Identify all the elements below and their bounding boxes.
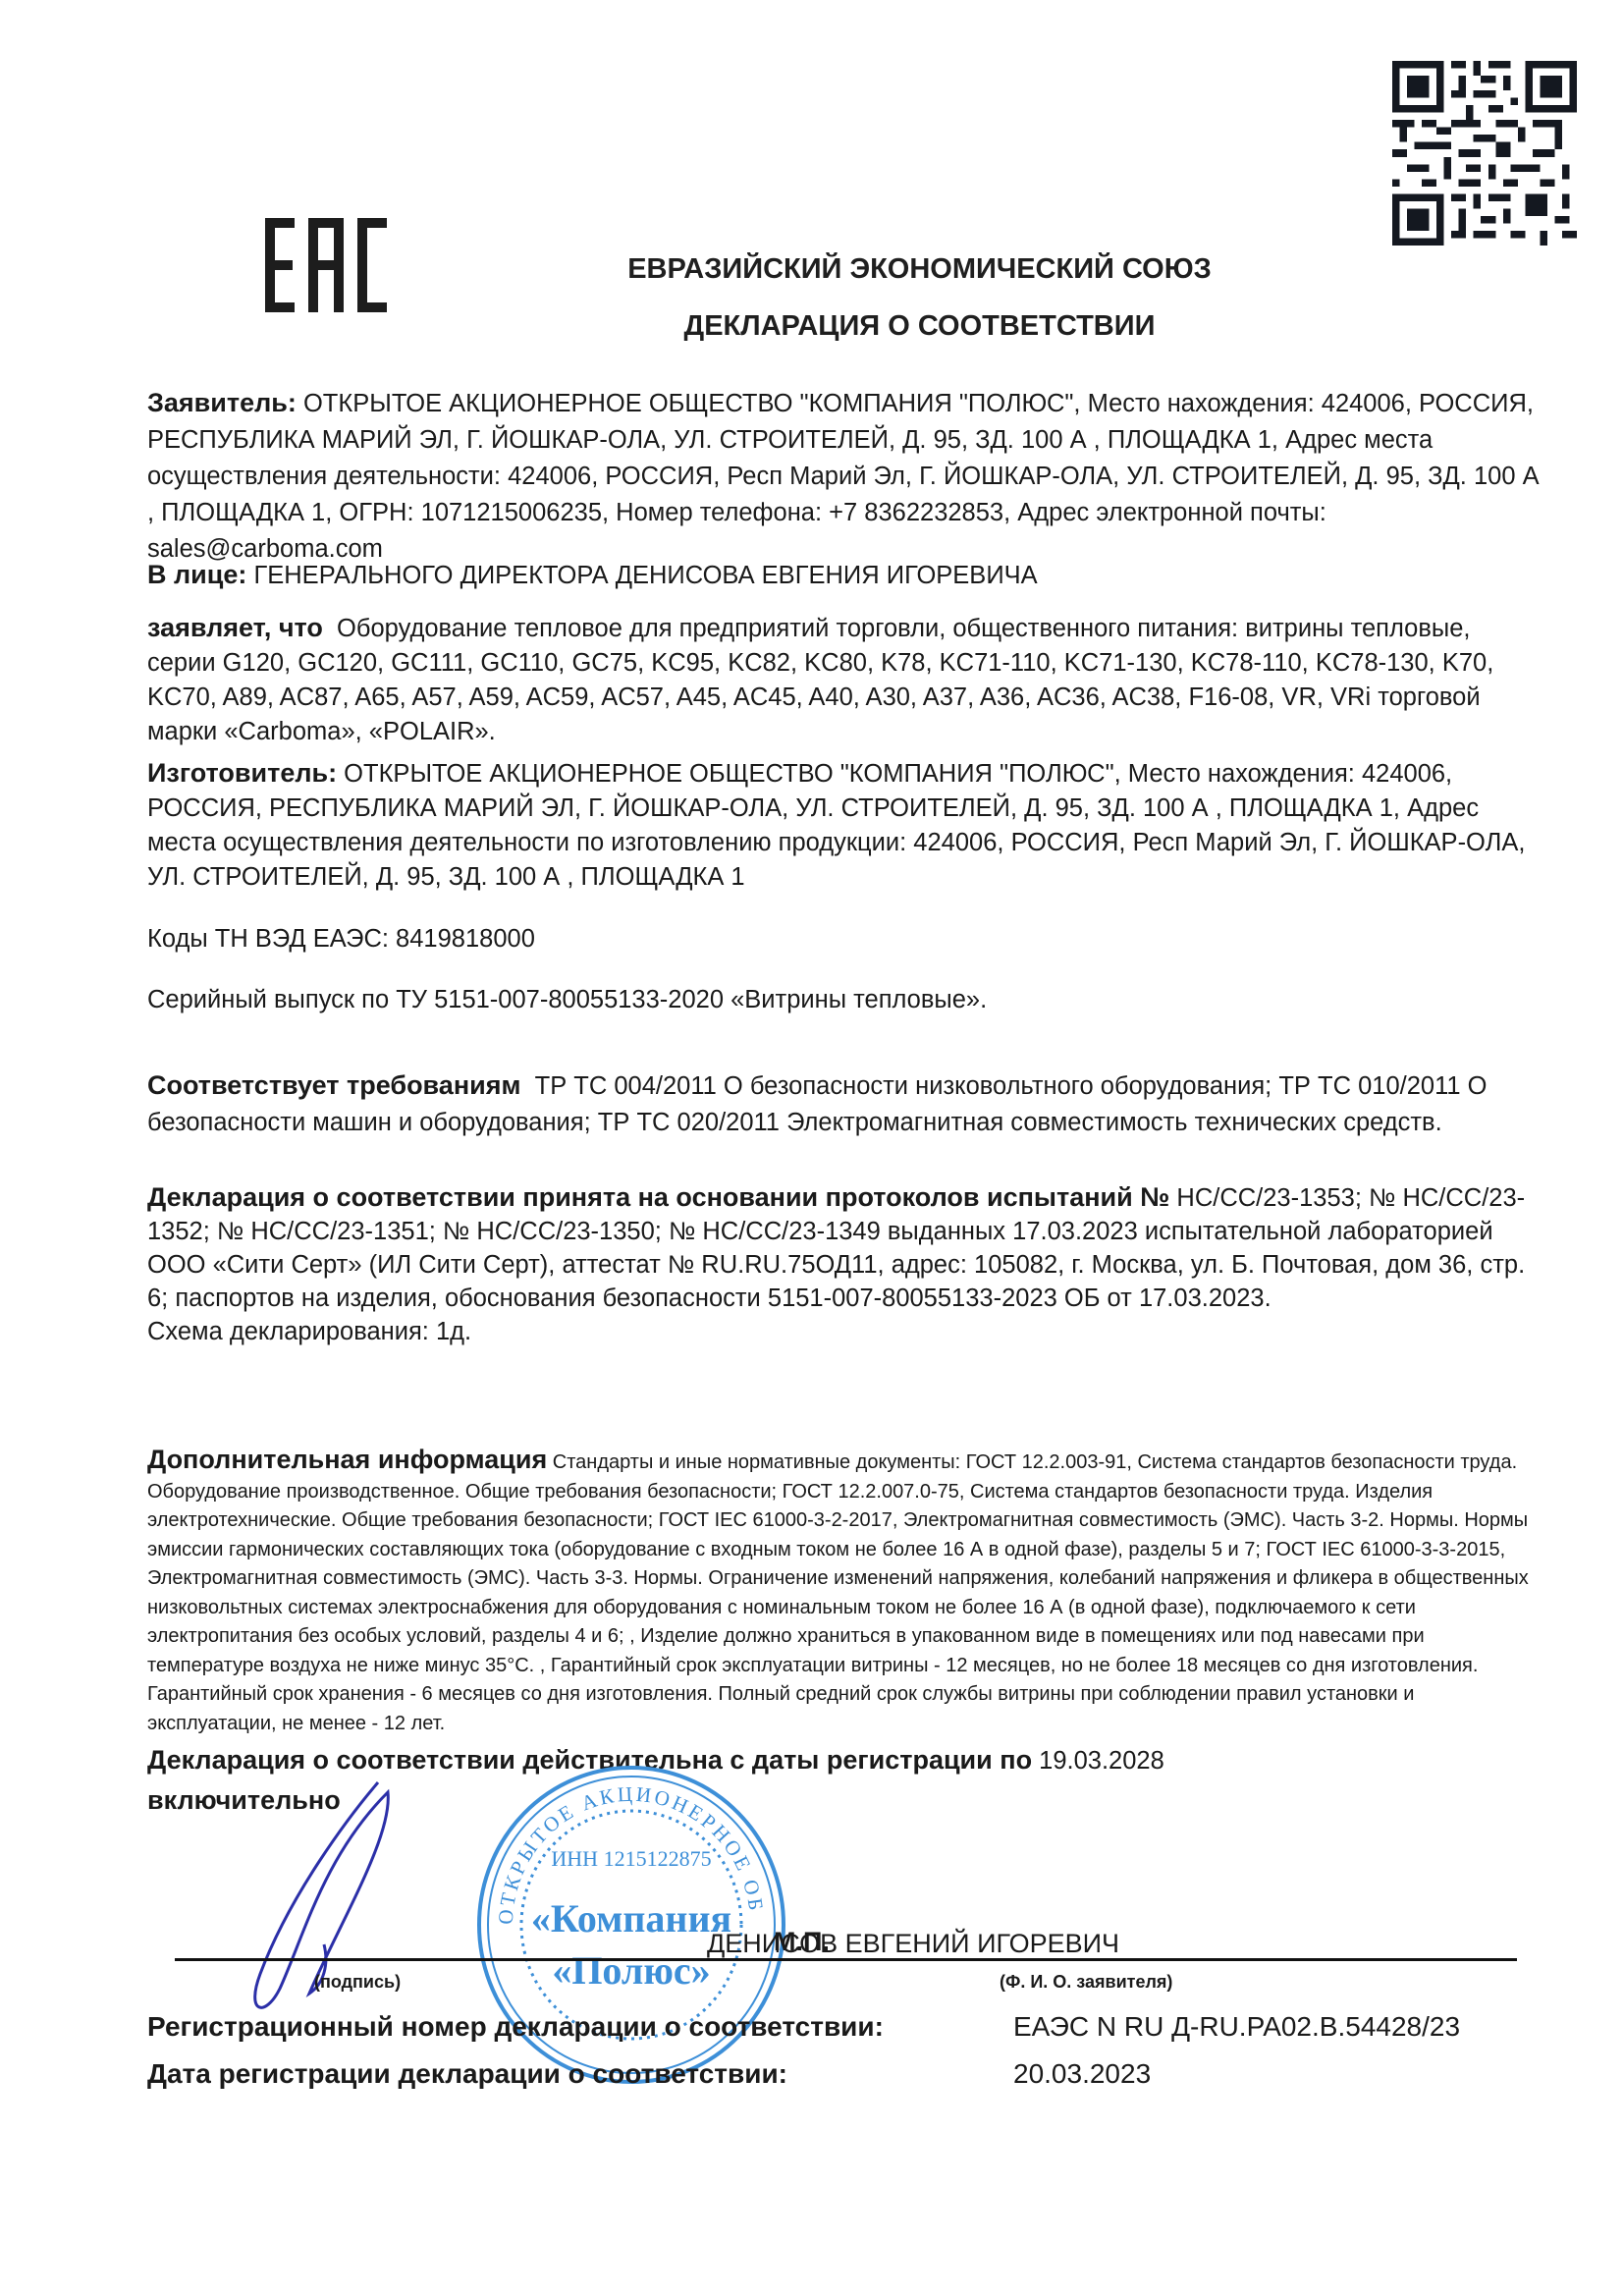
manufacturer-text: ОТКРЫТОЕ АКЦИОНЕРНОЕ ОБЩЕСТВО "КОМПАНИЯ … bbox=[147, 760, 1525, 891]
basis-section: Декларация о соответствии принята на осн… bbox=[147, 1180, 1542, 1348]
signature-line bbox=[175, 1958, 764, 1961]
additional-info-section: Дополнительная информация Стандарты и ин… bbox=[147, 1446, 1542, 1738]
representative-section: В лице: ГЕНЕРАЛЬНОГО ДИРЕКТОРА ДЕНИСОВА … bbox=[147, 557, 1542, 594]
conforms-label: Соответствует требованиям bbox=[147, 1070, 520, 1100]
registration-date: 20.03.2023 bbox=[1013, 2058, 1151, 2090]
applicant-text: ОТКРЫТОЕ АКЦИОНЕРНОЕ ОБЩЕСТВО "КОМПАНИЯ … bbox=[147, 390, 1540, 563]
manufacturer-section: Изготовитель: ОТКРЫТОЕ АКЦИОНЕРНОЕ ОБЩЕС… bbox=[147, 756, 1542, 895]
declaration-scheme: Схема декларирования: 1д. bbox=[147, 1315, 1542, 1348]
additional-info-label: Дополнительная информация bbox=[147, 1445, 547, 1474]
name-line bbox=[707, 1958, 1517, 1961]
basis-label: Декларация о соответствии принята на осн… bbox=[147, 1182, 1169, 1212]
registration-number-label: Регистрационный номер декларации о соотв… bbox=[147, 2011, 884, 2043]
registration-date-label: Дата регистрации декларации о соответств… bbox=[147, 2058, 787, 2090]
conforms-section: Соответствует требованиям ТР ТС 004/2011… bbox=[147, 1067, 1542, 1141]
serial-release: Серийный выпуск по ТУ 5151-007-80055133-… bbox=[147, 982, 1542, 1018]
declares-text: Оборудование тепловое для предприятий то… bbox=[147, 615, 1493, 745]
applicant-section: Заявитель: ОТКРЫТОЕ АКЦИОНЕРНОЕ ОБЩЕСТВО… bbox=[147, 385, 1542, 568]
document-title: ДЕКЛАРАЦИЯ О СООТВЕТСТВИИ bbox=[0, 310, 1623, 343]
manufacturer-label: Изготовитель: bbox=[147, 758, 337, 788]
representative-label: В лице: bbox=[147, 560, 246, 589]
applicant-name: ДЕНИСОВ ЕВГЕНИЙ ИГОРЕВИЧ bbox=[707, 1929, 1119, 1959]
declares-label: заявляет, что bbox=[147, 613, 323, 642]
additional-info-text: Стандарты и иные нормативные документы: … bbox=[147, 1451, 1529, 1734]
union-heading: ЕВРАЗИЙСКИЙ ЭКОНОМИЧЕСКИЙ СОЮЗ bbox=[0, 253, 1623, 286]
qr-code-icon bbox=[1392, 61, 1577, 246]
name-caption: (Ф. И. О. заявителя) bbox=[1000, 1972, 1172, 1993]
svg-text:«Компания: «Компания bbox=[531, 1896, 731, 1941]
tn-ved-codes: Коды ТН ВЭД ЕАЭС: 8419818000 bbox=[147, 921, 1542, 957]
registration-number: ЕАЭС N RU Д-RU.PA02.B.54428/23 bbox=[1013, 2011, 1460, 2043]
representative-text: ГЕНЕРАЛЬНОГО ДИРЕКТОРА ДЕНИСОВА ЕВГЕНИЯ … bbox=[253, 562, 1037, 589]
svg-text:ИНН 1215122875: ИНН 1215122875 bbox=[551, 1846, 711, 1871]
applicant-label: Заявитель: bbox=[147, 388, 297, 417]
signature-caption: (подпись) bbox=[314, 1972, 401, 1993]
svg-text:«Полюс»: «Полюс» bbox=[552, 1948, 710, 1993]
validity-date: 19.03.2028 bbox=[1039, 1747, 1164, 1775]
declares-section: заявляет, что Оборудование тепловое для … bbox=[147, 611, 1542, 749]
